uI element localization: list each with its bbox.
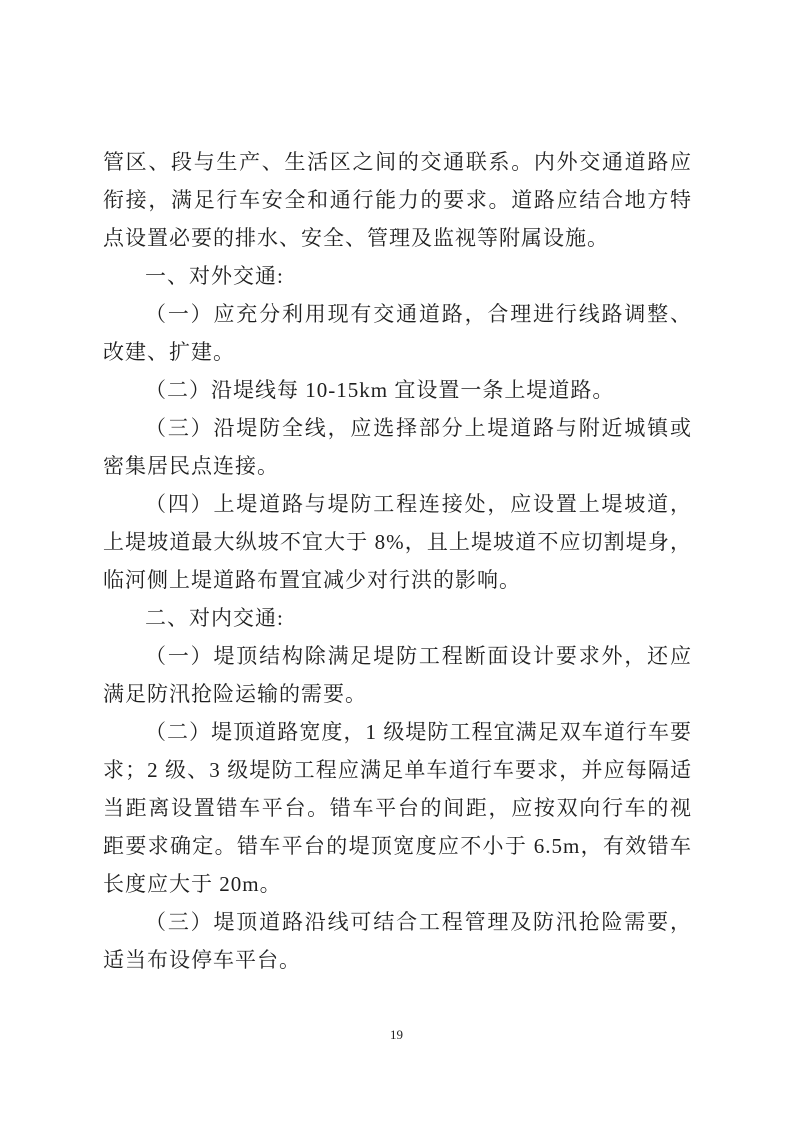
document-body-text: 管区、段与生产、生活区之间的交通联系。内外交通道路应衔接，满足行车安全和通行能力… [103,143,692,979]
paragraph-item-6: （二）堤顶道路宽度，1 级堤防工程宜满足双车道行车要求；2 级、3 级堤防工程应… [103,713,692,903]
paragraph-item-3: （三）沿堤防全线，应选择部分上堤道路与附近城镇或密集居民点连接。 [103,409,692,485]
paragraph-continuation: 管区、段与生产、生活区之间的交通联系。内外交通道路应衔接，满足行车安全和通行能力… [103,143,692,257]
document-page: 管区、段与生产、生活区之间的交通联系。内外交通道路应衔接，满足行车安全和通行能力… [0,0,793,1122]
paragraph-item-5: （一）堤顶结构除满足堤防工程断面设计要求外，还应满足防汛抢险运输的需要。 [103,637,692,713]
paragraph-item-7: （三）堤顶道路沿线可结合工程管理及防汛抢险需要，适当布设停车平台。 [103,903,692,979]
paragraph-item-2: （二）沿堤线每 10-15km 宜设置一条上堤道路。 [103,371,692,409]
section-heading-external-traffic: 一、对外交通: [103,257,692,295]
paragraph-item-4: （四）上堤道路与堤防工程连接处，应设置上堤坡道，上堤坡道最大纵坡不宜大于 8%，… [103,485,692,599]
paragraph-item-1: （一）应充分利用现有交通道路，合理进行线路调整、改建、扩建。 [103,295,692,371]
section-heading-internal-traffic: 二、对内交通: [103,599,692,637]
page-number: 19 [0,1027,793,1043]
